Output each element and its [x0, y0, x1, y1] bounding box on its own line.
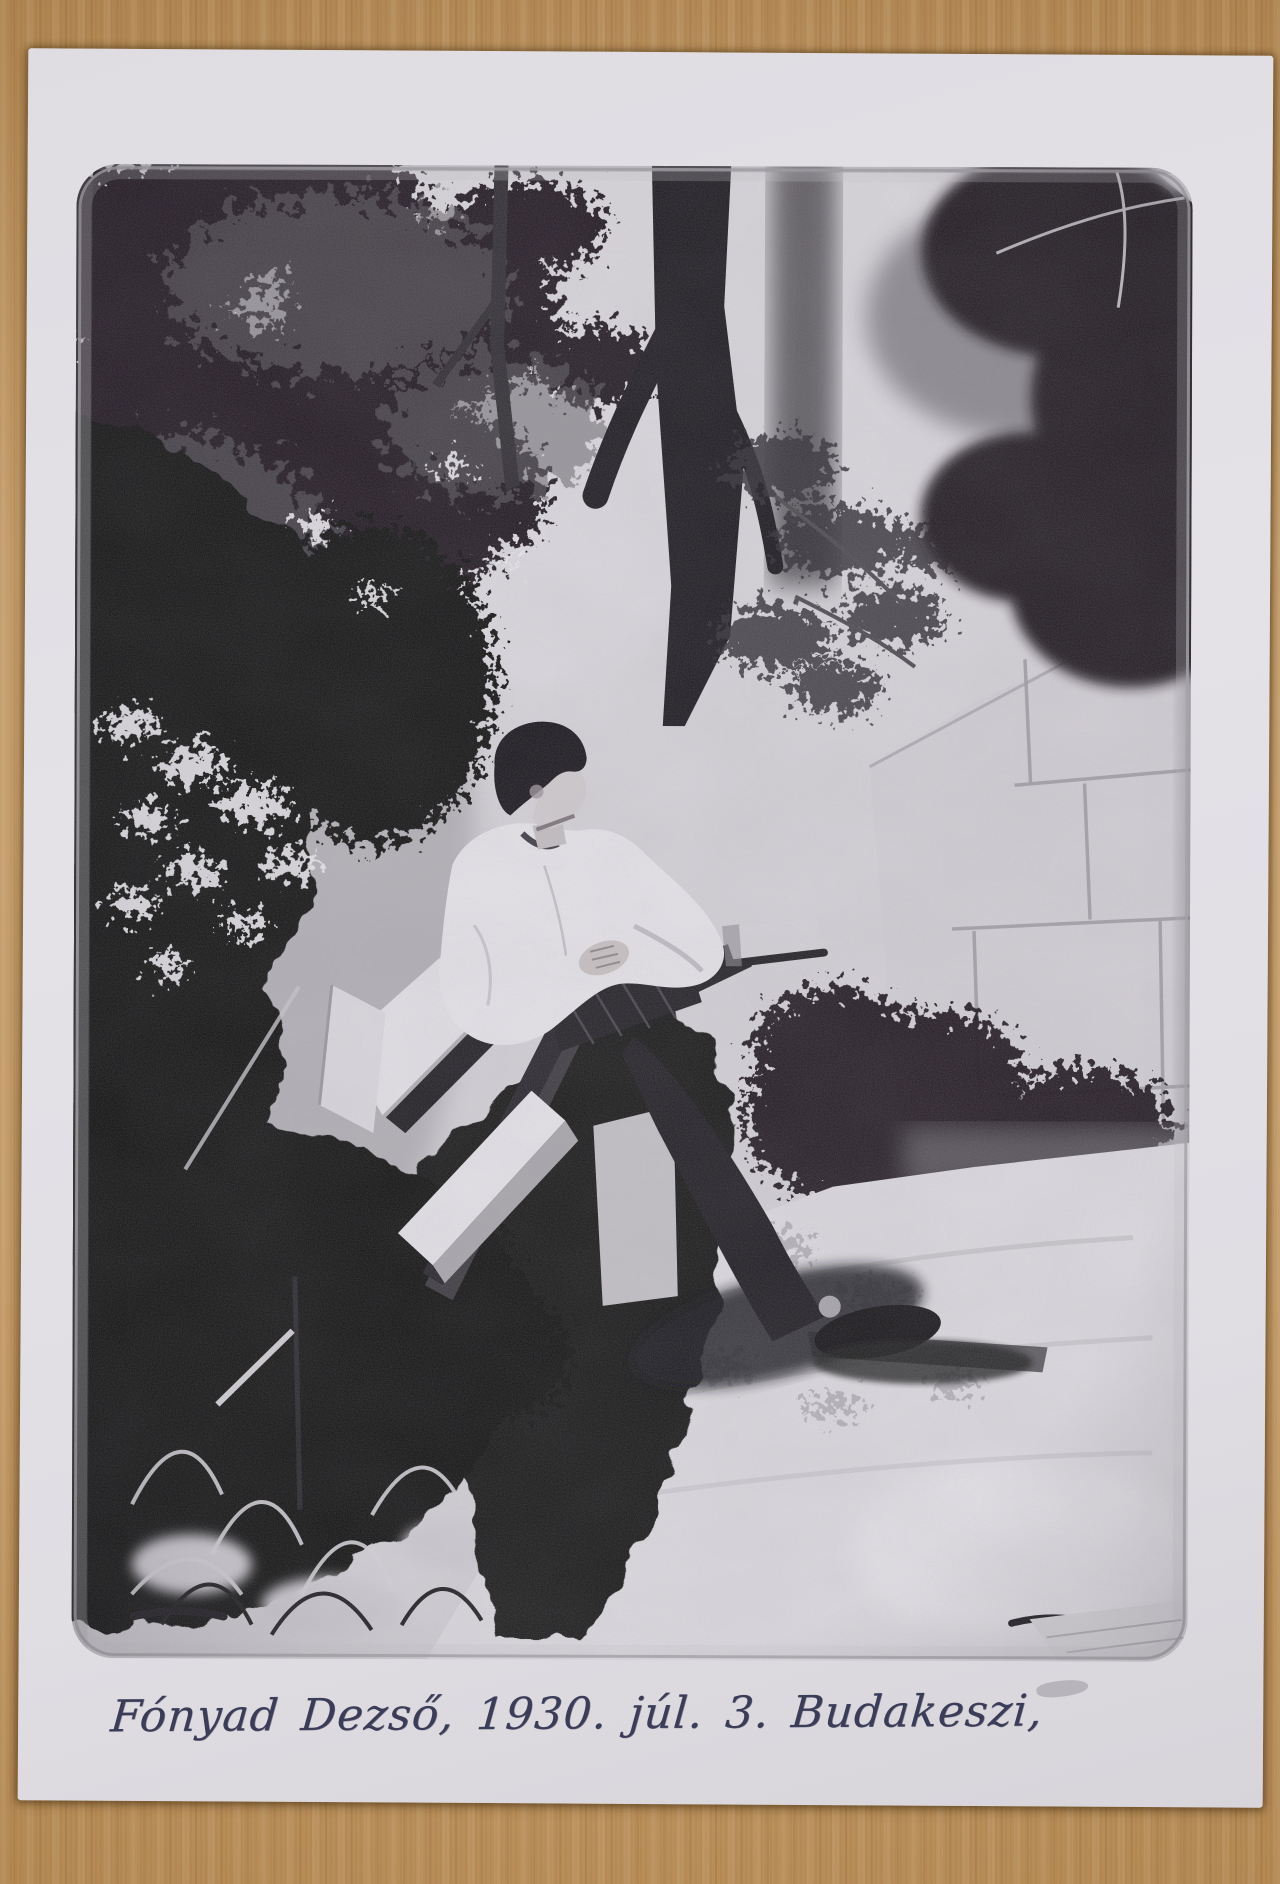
photo-image — [71, 164, 1192, 1662]
handwritten-caption: Fónyad Dezső, 1930. júl. 3. Budakeszi, — [103, 1685, 1193, 1812]
photo-print — [71, 164, 1192, 1662]
photo-paper: Fónyad Dezső, 1930. júl. 3. Budakeszi, — [18, 48, 1274, 1808]
wooden-table-surface: Fónyad Dezső, 1930. júl. 3. Budakeszi, — [0, 0, 1280, 1884]
vignette — [71, 164, 1192, 1662]
